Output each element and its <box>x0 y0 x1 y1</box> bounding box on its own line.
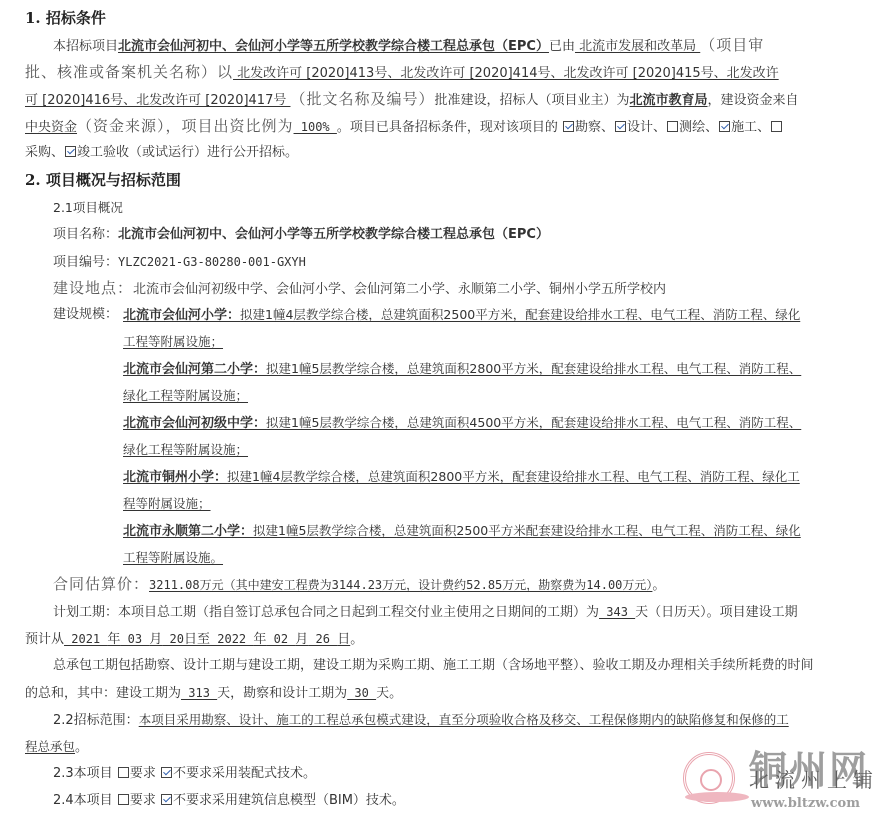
approval-docs-cont: 可 [2020]416号、北发改许可 [2020]417号 <box>25 93 290 108</box>
scale-text: 拟建1幢4层教学综合楼，总建筑面积2500平方米，配套建设给排水工程、电气工程、… <box>240 307 800 322</box>
text: （批文名称及编号） <box>290 90 434 108</box>
project-name-value: 北流市会仙河初中、会仙河小学等五所学校教学综合楼工程总承包（EPC） <box>118 227 549 242</box>
scale-text: 拟建1幢5层教学综合楼，总建筑面积2500平方米配套建设给排水工程、电气工程、消… <box>253 523 801 538</box>
project-name: 北流市会仙河初中、会仙河小学等五所学校教学综合楼工程总承包（EPC） <box>118 39 549 54</box>
funding-ratio: 100% <box>294 120 337 134</box>
text: 天。 <box>376 686 402 701</box>
contract-price-value: 3211.08万元（其中建安工程费为3144.23万元，设计费约52.85万元，… <box>149 578 652 592</box>
tender-condition-line-4: 中央资金（资金来源），项目出资比例为 100% 。项目已具备招标条件，现对该项目… <box>25 117 783 137</box>
start-year: 2021 <box>64 632 107 646</box>
label: 建设地点： <box>53 279 133 297</box>
approver-authority: 北流市发展和改革局 <box>575 39 700 54</box>
text: 天，勘察和设计工期为 <box>217 686 347 701</box>
school-name: 北流市会仙河第二小学： <box>123 362 266 377</box>
watermark-overlay-text: 北流州上铺 <box>749 764 879 793</box>
tender-scope-line-1: 2.2招标范围：本项目采用勘察、设计、施工的工程总承包模式建设，直至分项验收合格… <box>53 711 789 730</box>
scale-item-2-line-1: 北流市会仙河第二小学：拟建1幢5层教学综合楼，总建筑面积2800平方米，配套建设… <box>123 360 801 379</box>
school-name: 北流市会仙河小学： <box>123 308 240 323</box>
text: 。项目已具备招标条件，现对该项目的 <box>337 120 562 135</box>
section-2-heading: 2. 项目概况与招标范围 <box>25 171 181 189</box>
scale-item-5-line-2: 工程等附属设施。 <box>123 549 223 567</box>
period2-line-1: 总承包工期包括勘察、设计工期与建设工期，建设工期为采购工期、施工工期（含场地平整… <box>53 657 814 675</box>
text: 已由 <box>549 39 575 54</box>
contract-price-row: 合同估算价：3211.08万元（其中建安工程费为3144.23万元，设计费约52… <box>53 575 665 595</box>
end-year: 2022 <box>210 632 253 646</box>
label: 2.2招标范围： <box>53 713 139 728</box>
location-row: 建设地点：北流市会仙河初级中学、会仙河小学、会仙河第二小学、永顺第二小学、铜州小… <box>53 279 666 299</box>
subsection-2-1-title: 2.1项目概况 <box>53 199 123 217</box>
tender-condition-line-3: 可 [2020]416号、北发改许可 [2020]417号 （批文名称及编号）批… <box>25 90 799 110</box>
text: 天（日历天）。项目建设工期 <box>635 605 798 620</box>
scale-text: 拟建1幢4层教学综合楼，总建筑面积2800平方米，配套建设给排水工程、电气工程、… <box>227 469 800 484</box>
text: ，建设资金来自 <box>708 93 799 108</box>
school-name: 北流市会仙河初级中学： <box>123 416 266 431</box>
text: （项目审 <box>700 36 764 54</box>
scale-label: 建设规模： <box>53 306 118 324</box>
text: 竣工验收（或试运行）进行公开招标。 <box>77 145 298 160</box>
text: 日 <box>337 632 350 647</box>
text: 本招标项目 <box>53 39 118 54</box>
checkbox-bim-required[interactable] <box>118 794 129 805</box>
location-value: 北流市会仙河初级中学、会仙河小学、会仙河第二小学、永顺第二小学、铜州小学五所学校… <box>133 282 666 297</box>
scope-label: 施工、 <box>731 120 770 135</box>
text: 采购、 <box>25 145 64 160</box>
text: （资金来源），项目出资比例为 <box>77 117 294 135</box>
scale-item-5-line-1: 北流市永顺第二小学：拟建1幢5层教学综合楼，总建筑面积2500平方米配套建设给排… <box>123 522 801 541</box>
design-days: 30 <box>347 686 376 700</box>
section-1-heading: 1. 招标条件 <box>25 9 106 27</box>
tender-condition-line-5: 采购、竣工验收（或试运行）进行公开招标。 <box>25 144 298 162</box>
scale-item-3-line-1: 北流市会仙河初级中学：拟建1幢5层教学综合楼，总建筑面积4500平方米，配套建设… <box>123 414 801 433</box>
checkbox-prefab-required[interactable] <box>118 767 129 778</box>
scale-text: 拟建1幢5层教学综合楼，总建筑面积2800平方米，配套建设给排水工程、电气工程、… <box>266 361 801 376</box>
label: 合同估算价： <box>53 575 149 593</box>
scale-item-1-line-1: 北流市会仙河小学：拟建1幢4层教学综合楼，总建筑面积2500平方米，配套建设给排… <box>123 306 800 325</box>
watermark-url: www.bltzw.com <box>751 796 860 811</box>
period-line-2: 预计从 2021 年 03 月 20日至 2022 年 02 月 26 日。 <box>25 630 363 649</box>
checkbox-procurement[interactable] <box>771 121 782 132</box>
tender-scope-text: 程总承包 <box>25 739 75 754</box>
text: 。 <box>652 578 665 593</box>
school-name: 北流市铜州小学： <box>123 470 227 485</box>
option-label: 要求 <box>130 793 160 808</box>
scale-item-3-line-2: 绿化工程等附属设施； <box>123 441 248 459</box>
checkbox-bim-not-required[interactable] <box>161 794 172 805</box>
start-month: 03 <box>120 632 149 646</box>
watermark: 铜州网 北流州上铺 www.bltzw.com <box>683 748 883 814</box>
text: 。 <box>350 632 363 647</box>
label: 项目编号： <box>53 255 118 270</box>
total-days: 343 <box>599 605 635 619</box>
tender-scope-line-2: 程总承包。 <box>25 738 88 757</box>
bim-requirement-row: 2.4本项目 要求 不要求采用建筑信息模型（BIM）技术。 <box>53 792 405 810</box>
label: 项目名称： <box>53 227 118 242</box>
scope-label: 设计、 <box>627 120 666 135</box>
text: 。 <box>75 740 88 755</box>
tender-condition-line-1: 本招标项目北流市会仙河初中、会仙河小学等五所学校教学综合楼工程总承包（EPC）已… <box>53 36 764 56</box>
scale-item-4-line-1: 北流市铜州小学：拟建1幢4层教学综合楼，总建筑面积2800平方米，配套建设给排水… <box>123 468 800 487</box>
checkbox-mapping[interactable] <box>667 121 678 132</box>
option-label: 要求 <box>130 766 160 781</box>
build-days: 313 <box>181 686 217 700</box>
checkbox-prefab-not-required[interactable] <box>161 767 172 778</box>
period2-line-2: 的总和，其中：建设工期为 313 天，勘察和设计工期为 30 天。 <box>25 684 402 703</box>
period-line-1: 计划工期：本项目总工期（指自签订总承包合同之日起到工程交付业主使用之日期间的工期… <box>53 603 798 622</box>
checkbox-design[interactable] <box>615 121 626 132</box>
text: 2.3本项目 <box>53 766 117 781</box>
prefab-requirement-row: 2.3本项目 要求 不要求采用装配式技术。 <box>53 765 316 783</box>
option-label: 不要求采用装配式技术。 <box>173 766 316 781</box>
text: 预计从 <box>25 632 64 647</box>
text: 月 <box>295 632 308 647</box>
end-day: 26 <box>308 632 337 646</box>
approval-docs: 北发改许可 [2020]413号、北发改许可 [2020]414号、北发改许可 … <box>233 66 779 81</box>
project-code-row: 项目编号：YLZC2021-G3-80280-001-GXYH <box>53 253 306 272</box>
text: 日至 <box>184 632 210 647</box>
tender-scope-text: 本项目采用勘察、设计、施工的工程总承包模式建设，直至分项验收合格及移交、工程保修… <box>139 712 789 727</box>
text: 年 <box>107 632 120 647</box>
option-label: 不要求采用建筑信息模型（BIM）技术。 <box>173 793 405 808</box>
checkbox-acceptance[interactable] <box>65 146 76 157</box>
scope-label: 测绘、 <box>679 120 718 135</box>
scale-item-1-line-2: 工程等附属设施； <box>123 333 223 351</box>
text: 批、核准或备案机关名称）以 <box>25 63 233 81</box>
fund-source: 中央资金 <box>25 120 77 135</box>
text: 的总和，其中：建设工期为 <box>25 686 181 701</box>
text: 批准建设，招标人（项目业主）为 <box>435 93 630 108</box>
tender-owner: 北流市教育局 <box>630 93 708 108</box>
scale-item-4-line-2: 程等附属设施； <box>123 495 211 513</box>
scale-item-2-line-2: 绿化工程等附属设施； <box>123 387 248 405</box>
scope-label: 勘察、 <box>575 120 614 135</box>
start-day: 20 <box>162 632 184 646</box>
text: 计划工期：本项目总工期（指自签订总承包合同之日起到工程交付业主使用之日期间的工期… <box>53 605 599 620</box>
tender-condition-line-2: 批、核准或备案机关名称）以 北发改许可 [2020]413号、北发改许可 [20… <box>25 63 779 83</box>
school-name: 北流市永顺第二小学： <box>123 524 253 539</box>
checkbox-survey[interactable] <box>563 121 574 132</box>
text: 年 <box>253 632 266 647</box>
checkbox-construction[interactable] <box>719 121 730 132</box>
text: 2.4本项目 <box>53 793 117 808</box>
ribbon-decoration <box>685 792 749 802</box>
text: 月 <box>149 632 162 647</box>
project-code-value: YLZC2021-G3-80280-001-GXYH <box>118 255 306 269</box>
scale-text: 拟建1幢5层教学综合楼，总建筑面积4500平方米，配套建设给排水工程、电气工程、… <box>266 415 801 430</box>
end-month: 02 <box>266 632 295 646</box>
project-name-row: 项目名称：北流市会仙河初中、会仙河小学等五所学校教学综合楼工程总承包（EPC） <box>53 226 549 244</box>
